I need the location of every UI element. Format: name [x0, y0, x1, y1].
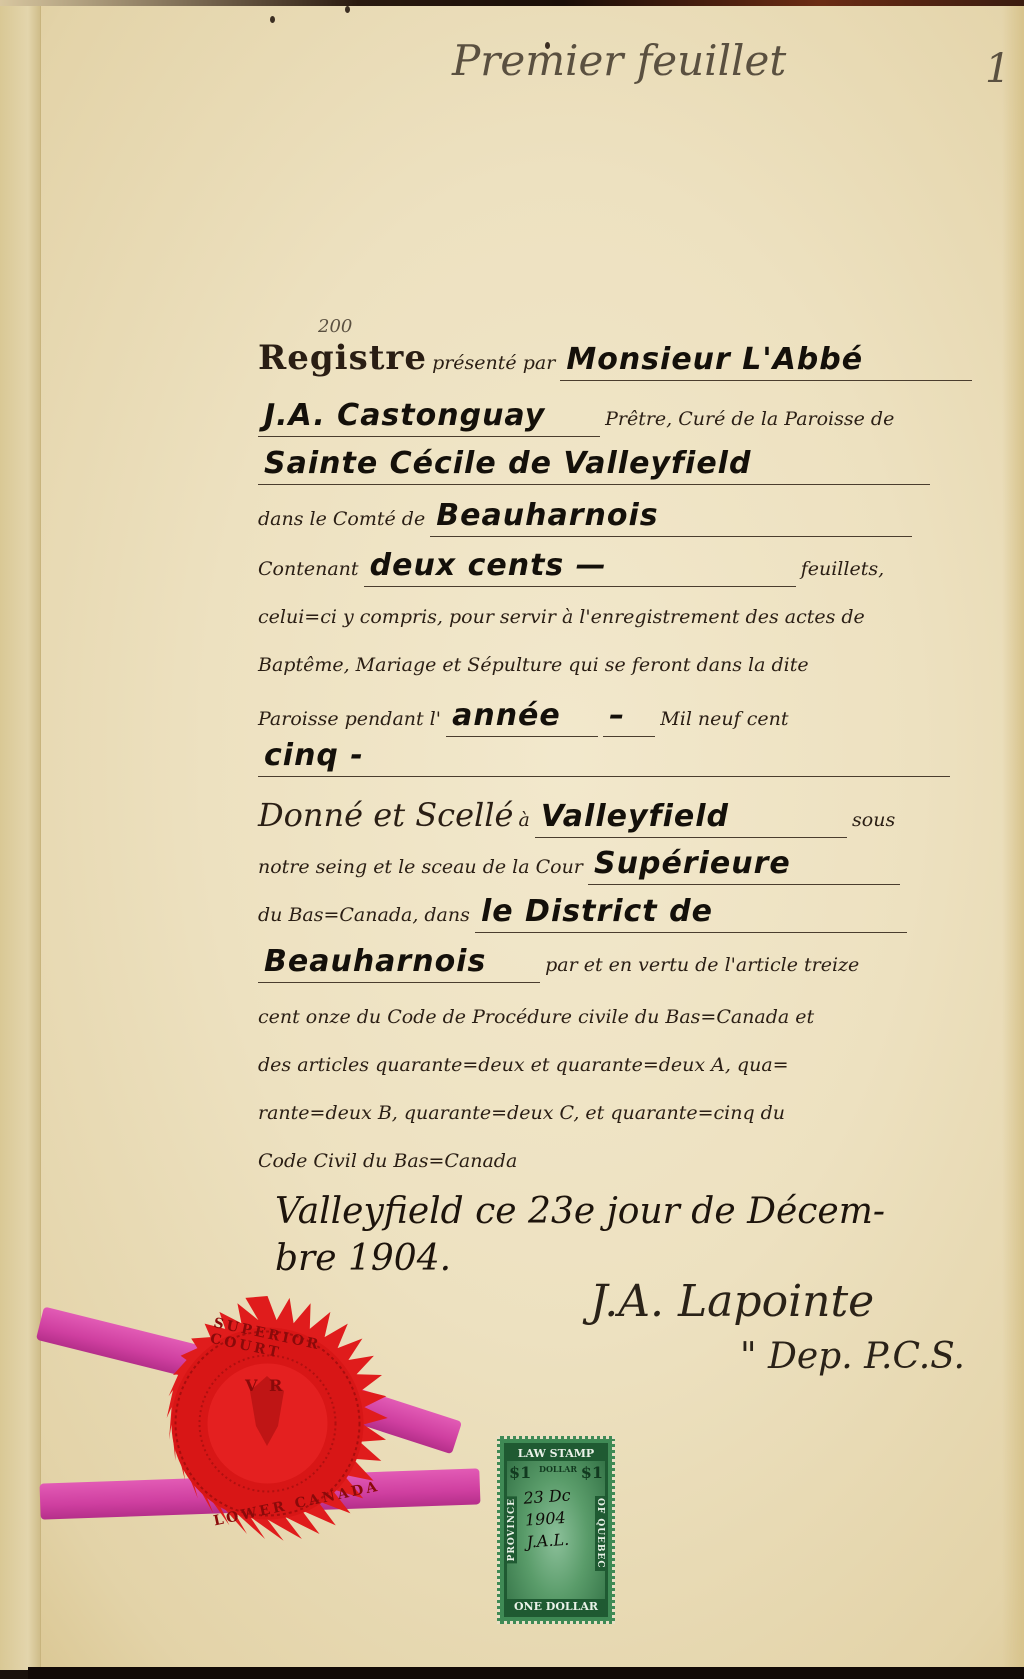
printed-text: Prêtre, Curé de la Paroisse de [605, 408, 894, 430]
printed-text: Contenant [258, 558, 359, 580]
filled-priest-name: J.A. Castonguay [258, 396, 600, 437]
form-line-3: Sainte Cécile de Valleyfield [258, 444, 958, 492]
signature-title: " Dep. P.C.S. [740, 1336, 965, 1377]
printed-text: par et en vertu de l'article treize [545, 954, 859, 976]
filled-year-word: année [446, 696, 598, 737]
filled-year-number: cinq - [258, 736, 950, 777]
stamp-cancellation: 23 Dc 1904 J.A.L. [523, 1484, 575, 1553]
printed-text: à [519, 809, 530, 831]
printed-text: rante=deux B, quarante=deux C, et quaran… [258, 1102, 785, 1124]
printed-text: Mil neuf cent [660, 708, 788, 730]
seal-center-text: V R [245, 1376, 285, 1395]
paper-speck [345, 6, 350, 13]
closing-date-line-2: bre 1904. [275, 1238, 451, 1279]
filled-district: le District de [475, 892, 907, 933]
form-line-12: du Bas=Canada, dans le District de [258, 892, 958, 940]
printed-text: dans le Comté de [258, 508, 425, 530]
filled-court: Supérieure [588, 844, 900, 885]
header-note: Premier feuillet [452, 36, 786, 85]
filled-leaf-count: deux cents — [364, 546, 796, 587]
document-page: Premier feuillet 1 200 Registre présenté… [0, 6, 1024, 1670]
form-line-9: cinq - [258, 736, 958, 784]
paper-speck [270, 16, 275, 23]
form-line-6: celui=ci y compris, pour servir à l'enre… [258, 606, 958, 654]
stamp-value-left: $1 [509, 1463, 531, 1482]
stamp-side-left: PROVINCE [507, 1496, 517, 1563]
printed-text: Code Civil du Bas=Canada [258, 1150, 517, 1172]
filled-place: Valleyfield [535, 797, 847, 838]
form-line-4: dans le Comté de Beauharnois [258, 496, 958, 544]
filled-dash: – [603, 696, 655, 737]
pencil-note: 200 [318, 316, 352, 337]
filled-district-name: Beauharnois [258, 942, 540, 983]
printed-text: notre seing et le sceau de la Cour [258, 856, 583, 878]
printed-text: celui=ci y compris, pour servir à l'enre… [258, 606, 865, 628]
form-line-11: notre seing et le sceau de la Cour Supér… [258, 844, 958, 892]
filled-presented-by: Monsieur L'Abbé [560, 340, 972, 381]
form-line-2: J.A. Castonguay Prêtre, Curé de la Paroi… [258, 396, 958, 444]
filled-county: Beauharnois [430, 496, 912, 537]
stamp-body: LAW STAMP $1 DOLLAR $1 PROVINCE OF QUEBE… [504, 1443, 608, 1617]
form-line-1: Registre présenté par Monsieur L'Abbé [258, 338, 958, 386]
form-line-15: des articles quarante=deux et quarante=d… [258, 1054, 958, 1102]
printed-text: du Bas=Canada, dans [258, 904, 470, 926]
stamp-bottom-label: ONE DOLLAR [507, 1599, 605, 1614]
form-line-7: Baptême, Mariage et Sépulture qui se fer… [258, 654, 958, 702]
stamp-side-right: OF QUEBEC [595, 1496, 605, 1571]
form-line-16: rante=deux B, quarante=deux C, et quaran… [258, 1102, 958, 1150]
printed-text: présenté par [432, 352, 555, 374]
printed-text: feuillets, [801, 558, 884, 580]
printed-text: Baptême, Mariage et Sépulture qui se fer… [258, 654, 809, 676]
page-number: 1 [985, 46, 1010, 92]
page-right-edge [1002, 6, 1024, 1670]
court-seal: SUPERIOR COURT V R LOWER CANADA [140, 1296, 395, 1551]
signature-name: J.A. Lapointe [590, 1276, 874, 1327]
printed-text: sous [852, 809, 895, 831]
printed-text: des articles quarante=deux et quarante=d… [258, 1054, 789, 1076]
printed-text: Paroisse pendant l' [258, 708, 441, 730]
stamp-denomination: DOLLAR [539, 1464, 577, 1474]
page-gutter [0, 6, 41, 1670]
form-line-10: Donné et Scellé à Valleyfield sous [258, 796, 958, 844]
stamp-cancel-initials: J.A.L. [526, 1528, 575, 1553]
printed-text: cent onze du Code de Procédure civile du… [258, 1006, 814, 1028]
form-line-13: Beauharnois par et en vertu de l'article… [258, 942, 958, 990]
form-line-5: Contenant deux cents — feuillets, [258, 546, 958, 594]
form-line-14: cent onze du Code de Procédure civile du… [258, 1006, 958, 1054]
printed-text: Donné et Scellé [258, 796, 513, 834]
filled-parish: Sainte Cécile de Valleyfield [258, 444, 930, 485]
book-edge-bottom [28, 1667, 1024, 1679]
stamp-top-label: LAW STAMP [507, 1446, 605, 1461]
stamp-value-right: $1 [581, 1463, 603, 1482]
registre-heading: Registre [258, 338, 427, 378]
closing-date-line-1: Valleyfield ce 23e jour de Décem- [275, 1191, 885, 1232]
law-stamp: LAW STAMP $1 DOLLAR $1 PROVINCE OF QUEBE… [497, 1436, 615, 1624]
